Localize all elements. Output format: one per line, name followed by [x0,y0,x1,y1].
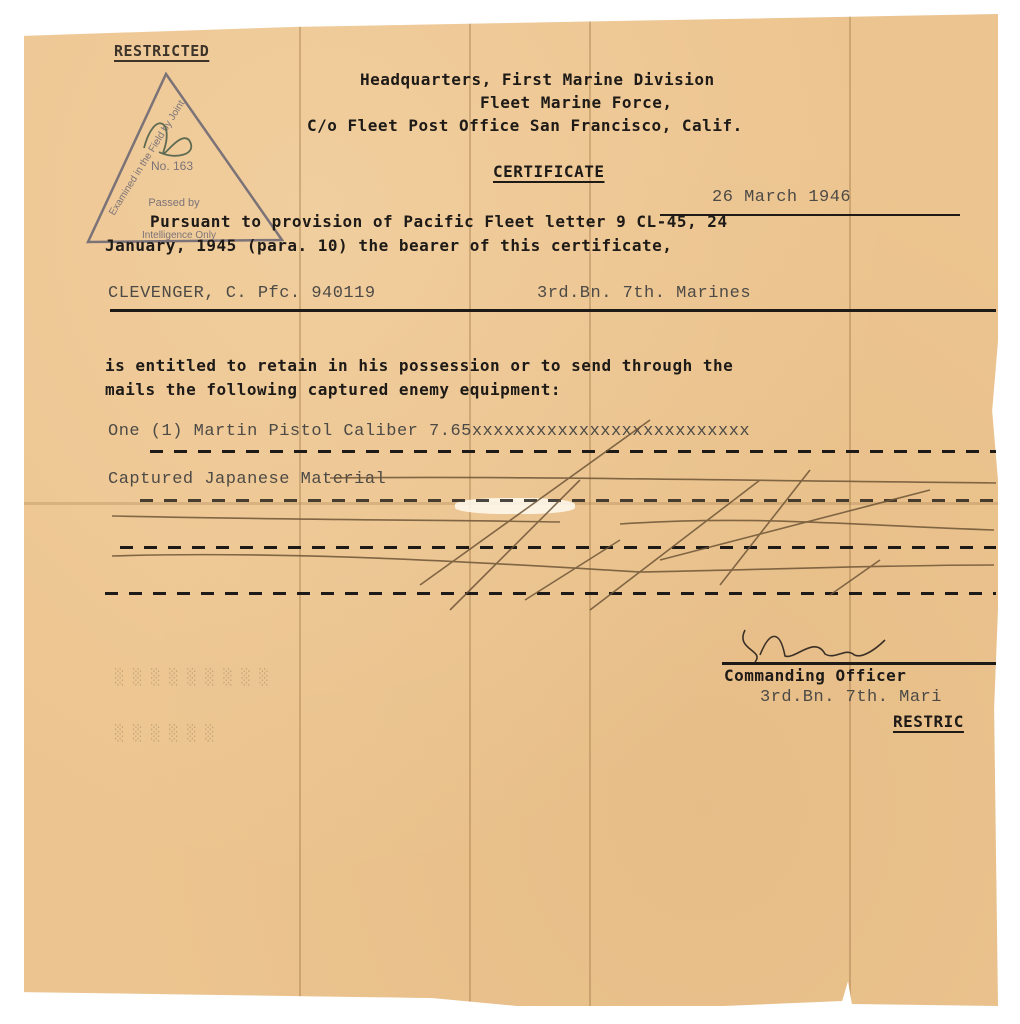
faded-impression: ░ ░ ░ ░ ░ ░ ░ ░ ░ [115,668,269,686]
signatory-title: Commanding Officer [724,666,906,685]
signatory-unit: 3rd.Bn. 7th. Mari [760,688,942,707]
pencil-strikeouts [0,0,1020,1024]
faded-impression: ░ ░ ░ ░ ░ ░ [115,724,214,742]
signature-rule [722,662,996,665]
classification-bottom: RESTRIC [893,712,964,731]
